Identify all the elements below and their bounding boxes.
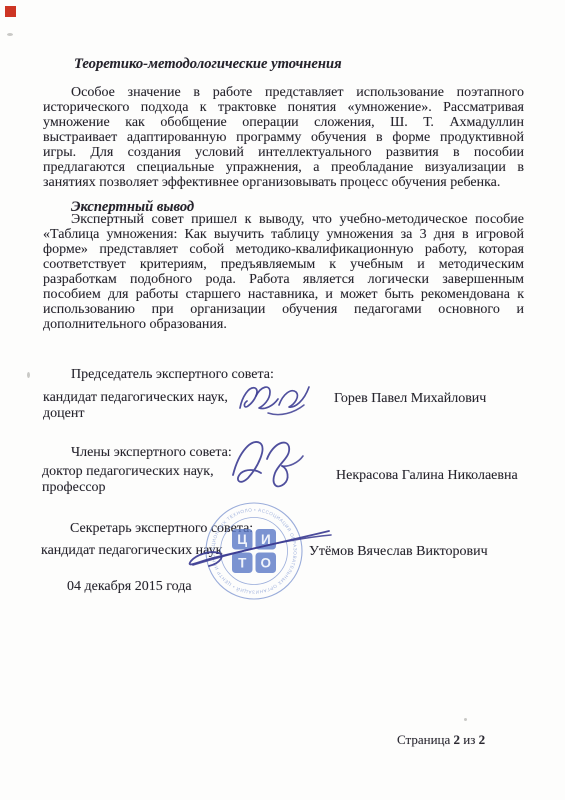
members-degree: доктор педагогических наук, профессор — [42, 464, 214, 495]
page-of-word: из — [463, 732, 475, 747]
signature-gorev — [232, 377, 317, 419]
red-corner-mark — [5, 6, 16, 17]
members-name: Некрасова Галина Николаевна — [336, 468, 518, 484]
text-line: умножение как обобщение операции сложени… — [43, 115, 524, 130]
text-line: соответствует критериям, предъявляемым к… — [43, 257, 524, 272]
text-line: дополнительного образования. — [43, 317, 524, 332]
paragraph-conclusion: Экспертный совет пришел к выводу, что уч… — [43, 212, 524, 332]
text-line: использованию при организации обучения п… — [43, 302, 524, 317]
text-line: Особое значение в работе представляет ис… — [43, 85, 524, 100]
text-line: исторического подхода к трактовке поняти… — [43, 100, 524, 115]
page-word: Страница — [397, 732, 450, 747]
signature-nekrasova — [219, 433, 311, 495]
chair-degree: кандидат педагогических наук, доцент — [43, 390, 228, 421]
scan-speck — [27, 372, 30, 378]
paragraph-theoretical: Особое значение в работе представляет ис… — [43, 85, 524, 190]
text-line: Экспертный совет пришел к выводу, что уч… — [43, 212, 524, 227]
page-current: 2 — [454, 732, 461, 747]
document-date: 04 декабря 2015 года — [67, 579, 192, 595]
text-line: форме» представляет собой методико-квали… — [43, 242, 524, 257]
page-total: 2 — [479, 732, 486, 747]
page-number: Страница 2 из 2 — [397, 732, 485, 748]
text-line: выстраивает адаптированную программу обу… — [43, 130, 524, 145]
scanned-document-page: { "document": { "heading1": "Теоретико-м… — [0, 0, 565, 800]
text-line: разработкам подобного рода. Работа являе… — [43, 272, 524, 287]
text-line: предлагаются специальные упражнения, а п… — [43, 160, 524, 175]
scan-speck — [464, 718, 467, 721]
text-line: «Таблица умножения: Как выучить таблицу … — [43, 227, 524, 242]
secretary-name: Утёмов Вячеслав Викторович — [309, 544, 488, 560]
chair-name: Горев Павел Михайлович — [334, 391, 486, 407]
text-line: игры. Для создания условий интеллектуаль… — [43, 145, 524, 160]
scan-speck — [7, 33, 13, 36]
text-line: занятиях позволяет эффективнее организов… — [43, 175, 524, 190]
members-title: Члены экспертного совета: — [71, 445, 232, 461]
section-heading-theoretical: Теоретико-методологические уточнения — [74, 56, 342, 73]
text-line: пособием для работы старшего наставника,… — [43, 287, 524, 302]
